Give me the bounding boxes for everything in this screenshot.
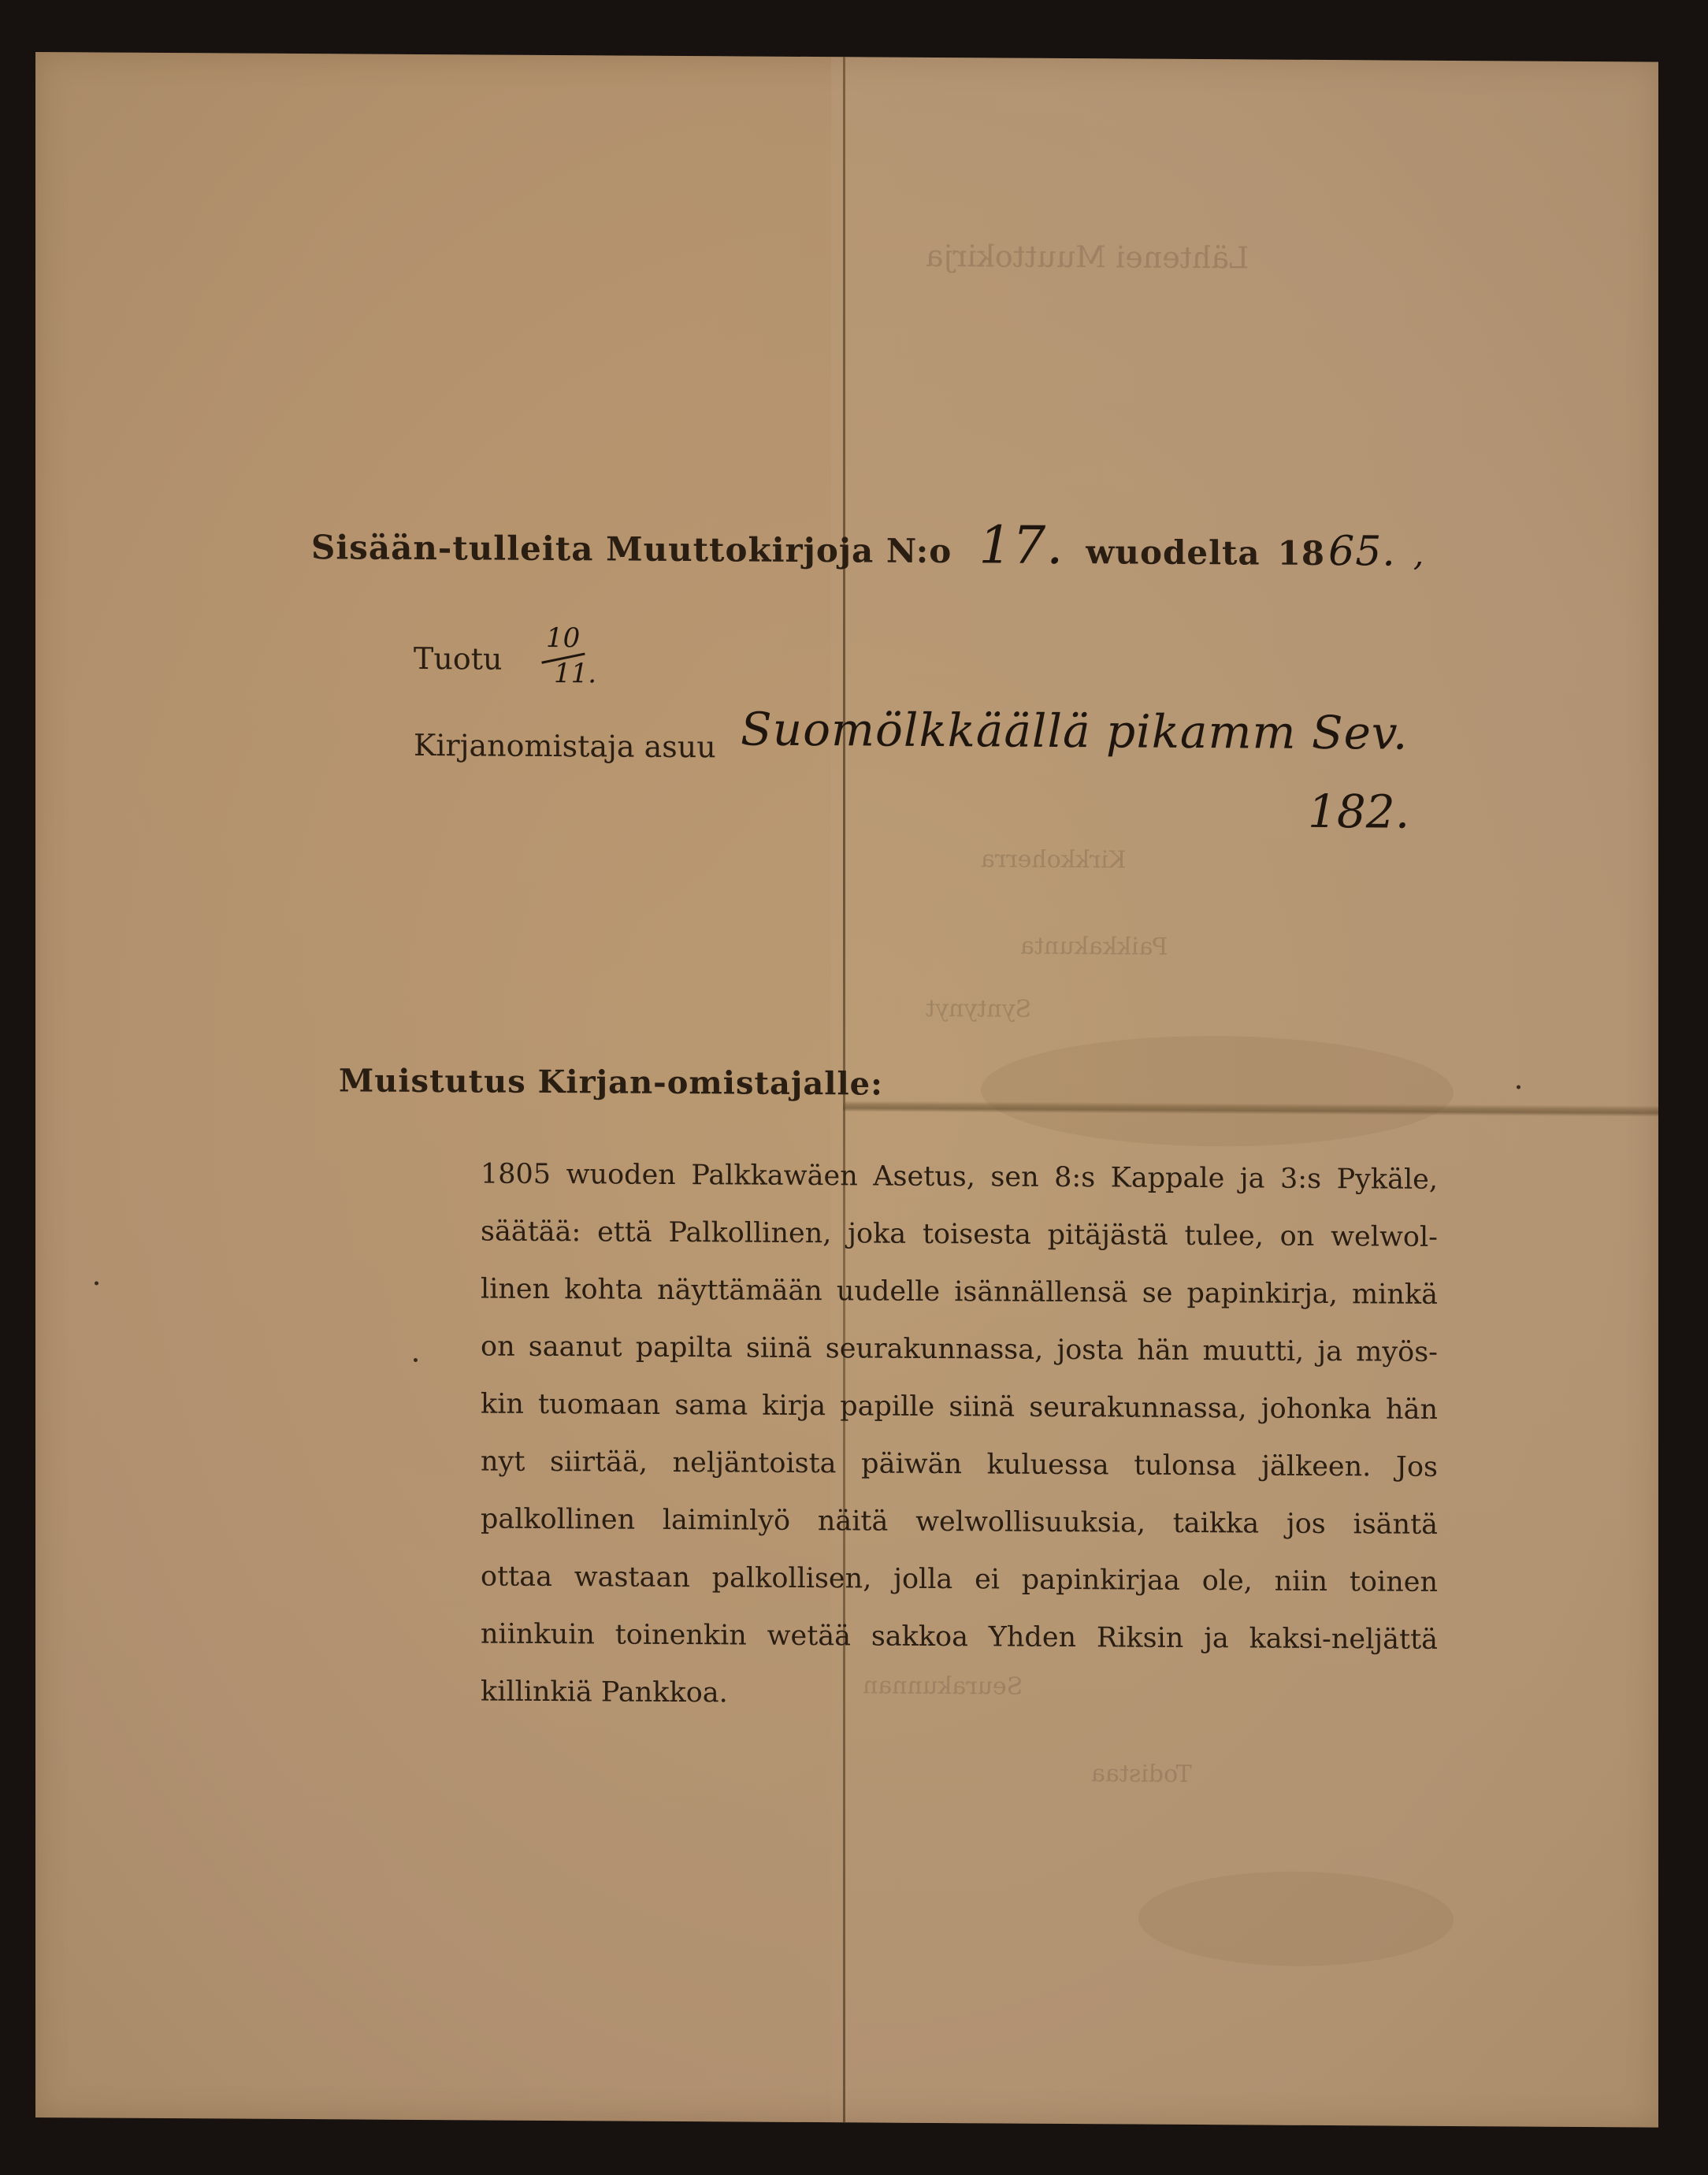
tuotu-label: Tuotu [414,641,502,677]
ink-speck [1517,1085,1520,1089]
date-day: 10 [546,622,580,654]
owner-residence-value: Suomölkkäällä pikamm Sev. [741,702,1408,759]
notice-line: nyt siirtää, neljäntoista päiwän kuluess… [481,1433,1438,1496]
bleed-through-text: Lähtenei Muuttokirja [926,239,1249,276]
date-month: 11. [554,658,596,689]
document-title: Sisään-tulleita Muuttokirjoja N:o 17. wu… [311,510,1424,578]
notice-line: killinkiä Pankkoa. [481,1663,1438,1726]
document-sheet: Lähtenei Muuttokirja Kirkkoherra Paikkak… [35,52,1658,2128]
bleed-through-text: Paikkakunta [1020,933,1168,961]
notice-line: on saanut papilta siinä seurakunnassa, j… [481,1318,1438,1381]
ink-speck [95,1281,98,1285]
notice-heading: Muistutus Kirjan-omistajalle: [339,1062,883,1102]
ink-speck [414,1358,418,1362]
owner-residence-number: 182. [1308,785,1409,839]
notice-body: 1805 wuoden Palkkawäen Asetus, sen 8:s K… [481,1145,1438,1726]
printed-title: Sisään-tulleita Muuttokirjoja N:o [311,528,952,570]
bleed-through-text: Kirkkoherra [981,845,1126,874]
notice-line: 1805 wuoden Palkkawäen Asetus, sen 8:s K… [481,1145,1438,1208]
year-printed-prefix: 18 [1278,534,1325,573]
notice-line: niinkuin toinenkin wetää sakkoa Yhden Ri… [481,1605,1438,1668]
scan-background: Lähtenei Muuttokirja Kirkkoherra Paikkak… [0,0,1708,2175]
bleed-through-text: Syntynyt [926,995,1031,1023]
owner-residence-label: Kirjanomistaja asuu [414,728,716,764]
trailing-comma: , [1413,535,1424,573]
notice-line: ottaa wastaan palkollisen, jolla ei papi… [481,1548,1438,1611]
notice-line: kin tuomaan sama kirja papille siinä seu… [481,1375,1438,1438]
notice-line: palkollinen laiminlyö näitä welwollisuuk… [481,1490,1438,1553]
year-label: wuodelta [1086,533,1260,572]
year-handwritten-suffix: 65. [1328,528,1396,576]
handwritten-record-number: 17. [978,514,1064,576]
tuotu-date-value: 10 11. [540,622,587,693]
notice-line: säätää: että Palkollinen, joka toisesta … [481,1203,1438,1266]
bleed-through-text: Todistaa [1091,1760,1192,1788]
notice-line: linen kohta näyttämään uudelle isännälle… [481,1260,1438,1323]
